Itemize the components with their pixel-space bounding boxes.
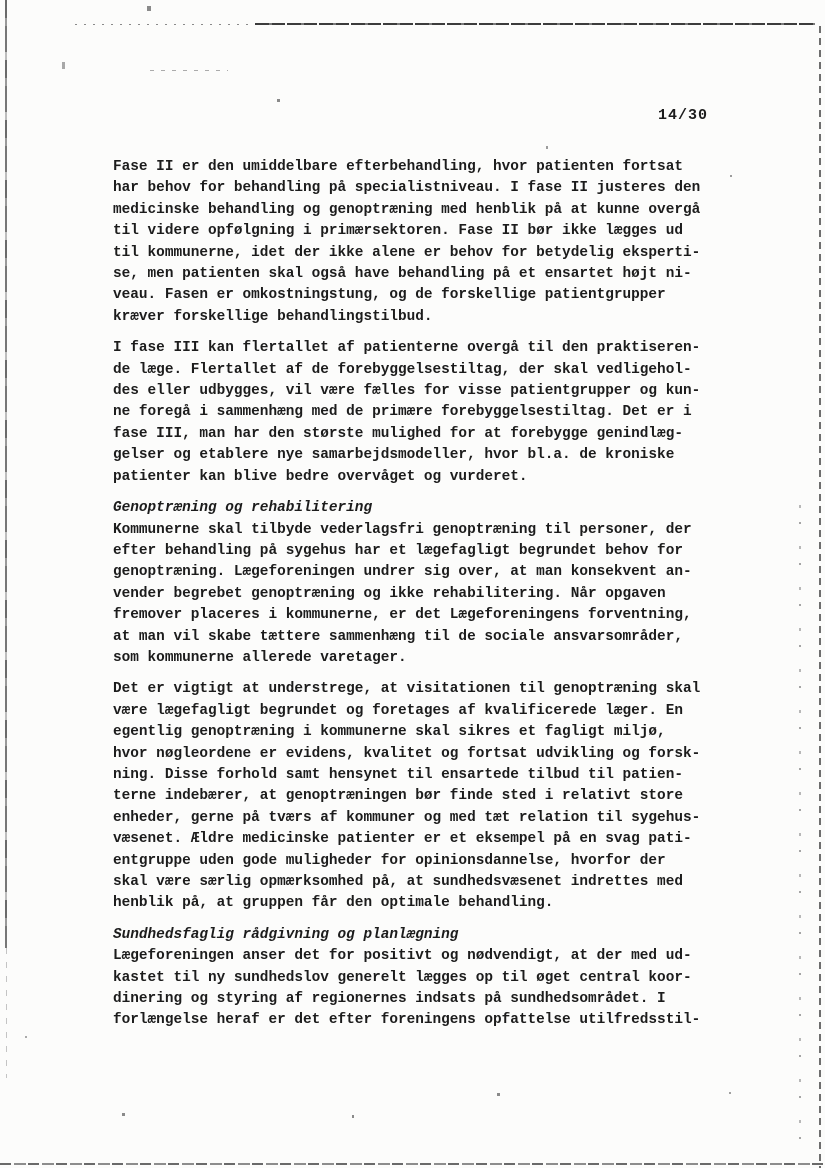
scan-speck: [62, 62, 65, 69]
section-heading-genoptraening: Genoptræning og rehabilitering: [113, 498, 753, 519]
scan-speck: [147, 6, 151, 11]
scan-artifact-left-line-faint: [6, 948, 7, 1078]
scan-artifact-top-dotted-line: [75, 24, 255, 25]
page-number: 14/30: [658, 107, 708, 124]
paragraph-raadgivning: Lægeforeningen anser det for positivt og…: [113, 946, 753, 1032]
scanned-document-page: 14/30 Fase II er den umiddelbare efterbe…: [0, 0, 825, 1168]
scan-artifact-right-dashed-line: [819, 26, 821, 1168]
scan-speck: [277, 99, 280, 102]
scan-artifact-speck-column: [799, 505, 801, 1156]
scan-speck: [122, 1113, 125, 1116]
scan-speck: [150, 70, 228, 71]
document-body: Fase II er den umiddelbare efterbehandli…: [113, 157, 753, 1042]
scan-artifact-bottom-dashed-line: [0, 1163, 825, 1165]
scan-speck: [546, 146, 548, 149]
scan-artifact-top-line: [255, 23, 815, 25]
scan-artifact-left-line: [5, 0, 7, 948]
paragraph-fase-ii: Fase II er den umiddelbare efterbehandli…: [113, 157, 753, 328]
section-heading-raadgivning: Sundhedsfaglig rådgivning og planlægning: [113, 925, 753, 946]
section-raadgivning: Sundhedsfaglig rådgivning og planlægning…: [113, 925, 753, 1032]
paragraph-visitation: Det er vigtigt at understrege, at visita…: [113, 679, 753, 914]
scan-speck: [497, 1093, 500, 1096]
paragraph-genoptraening: Kommunerne skal tilbyde vederlagsfri gen…: [113, 520, 753, 670]
paragraph-fase-iii: I fase III kan flertallet af patienterne…: [113, 338, 753, 488]
scan-speck: [352, 1115, 354, 1118]
section-genoptraening: Genoptræning og rehabilitering Kommunern…: [113, 498, 753, 669]
scan-speck: [25, 1036, 27, 1038]
scan-speck: [729, 1092, 731, 1094]
